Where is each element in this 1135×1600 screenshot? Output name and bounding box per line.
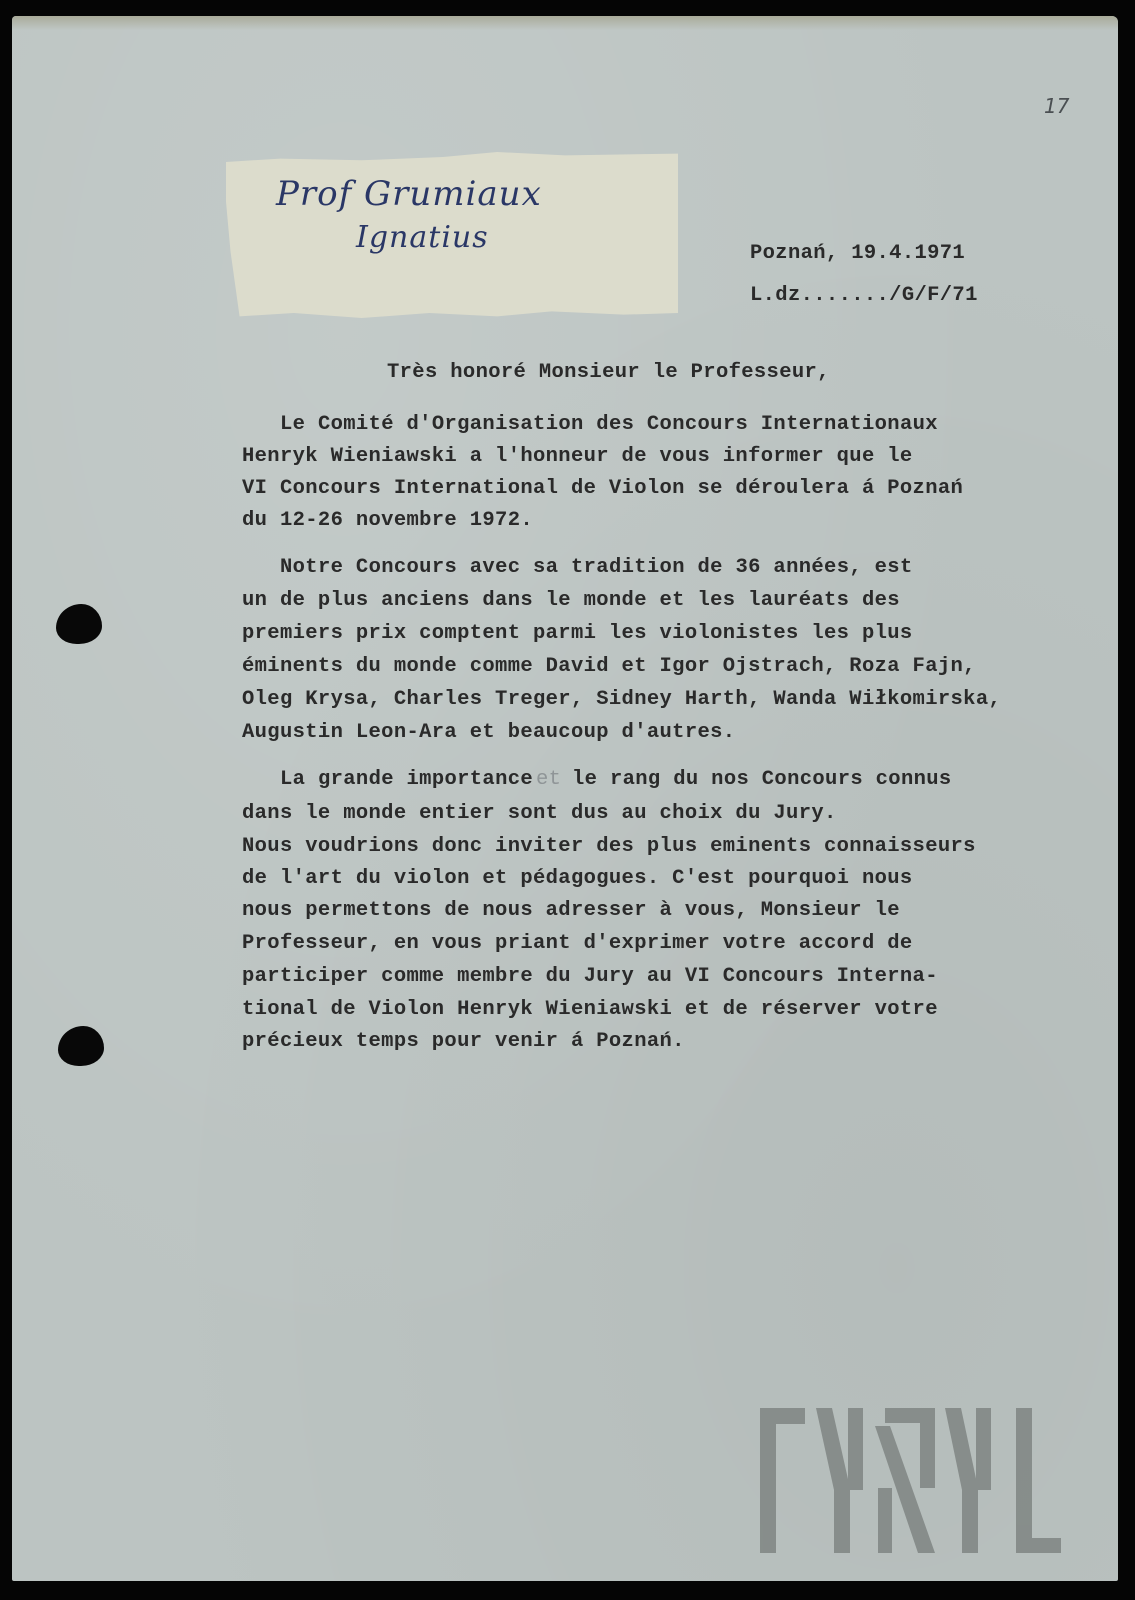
salutation: Très honoré Monsieur le Professeur,: [387, 361, 830, 384]
paragraph-3-line-8: tional de Violon Henryk Wieniawski et de…: [242, 998, 938, 1021]
paragraph-3-line-2: dans le monde entier sont dus au choix d…: [242, 802, 837, 825]
punch-hole-top: [56, 604, 102, 644]
paragraph-3-line-5: nous permettons de nous adresser à vous,…: [242, 899, 900, 922]
paragraph-2-line-1: Notre Concours avec sa tradition de 36 a…: [280, 556, 913, 579]
handwritten-note-slip: Prof Grumiaux Ignatius: [226, 152, 678, 318]
paragraph-3-faint-word: et: [536, 768, 561, 791]
paragraph-1-line-4: du 12-26 novembre 1972.: [242, 509, 533, 532]
handwritten-firstname: Ignatius: [356, 220, 489, 255]
paragraph-1-line-3: VI Concours International de Violon se d…: [242, 477, 963, 500]
paragraph-3-line-1b: le rang du nos Concours connus: [572, 768, 952, 791]
reference-number: L.dz......./G/F/71: [750, 284, 978, 307]
page-number: 17: [1044, 94, 1069, 118]
paragraph-3-line-4: de l'art du violon et pédagogues. C'est …: [242, 867, 913, 890]
punch-hole-bottom: [58, 1026, 104, 1066]
paragraph-3-line-7: participer comme membre du Jury au VI Co…: [242, 965, 938, 988]
paragraph-2-line-3: premiers prix comptent parmi les violoni…: [242, 622, 913, 645]
paragraph-3-line-9: précieux temps pour venir á Poznań.: [242, 1030, 685, 1053]
paragraph-3-line-3: Nous voudrions donc inviter des plus emi…: [242, 835, 976, 858]
paragraph-2-line-6: Augustin Leon-Ara et beaucoup d'autres.: [242, 721, 735, 744]
cyryl-watermark-logo: [760, 1408, 1080, 1553]
paragraph-2-line-4: éminents du monde comme David et Igor Oj…: [242, 655, 976, 678]
place-date: Poznań, 19.4.1971: [750, 242, 965, 265]
paragraph-2-line-5: Oleg Krysa, Charles Treger, Sidney Harth…: [242, 688, 1001, 711]
paragraph-1-line-2: Henryk Wieniawski a l'honneur de vous in…: [242, 445, 913, 468]
paragraph-2-line-2: un de plus anciens dans le monde et les …: [242, 589, 900, 612]
paragraph-1-line-1: Le Comité d'Organisation des Concours In…: [280, 413, 938, 436]
handwritten-name: Prof Grumiaux: [276, 174, 542, 214]
document-page: 17 Prof Grumiaux Ignatius Poznań, 19.4.1…: [12, 16, 1118, 1581]
paragraph-3-line-1a: La grande importance: [280, 768, 533, 791]
paragraph-3-line-6: Professeur, en vous priant d'exprimer vo…: [242, 932, 913, 955]
